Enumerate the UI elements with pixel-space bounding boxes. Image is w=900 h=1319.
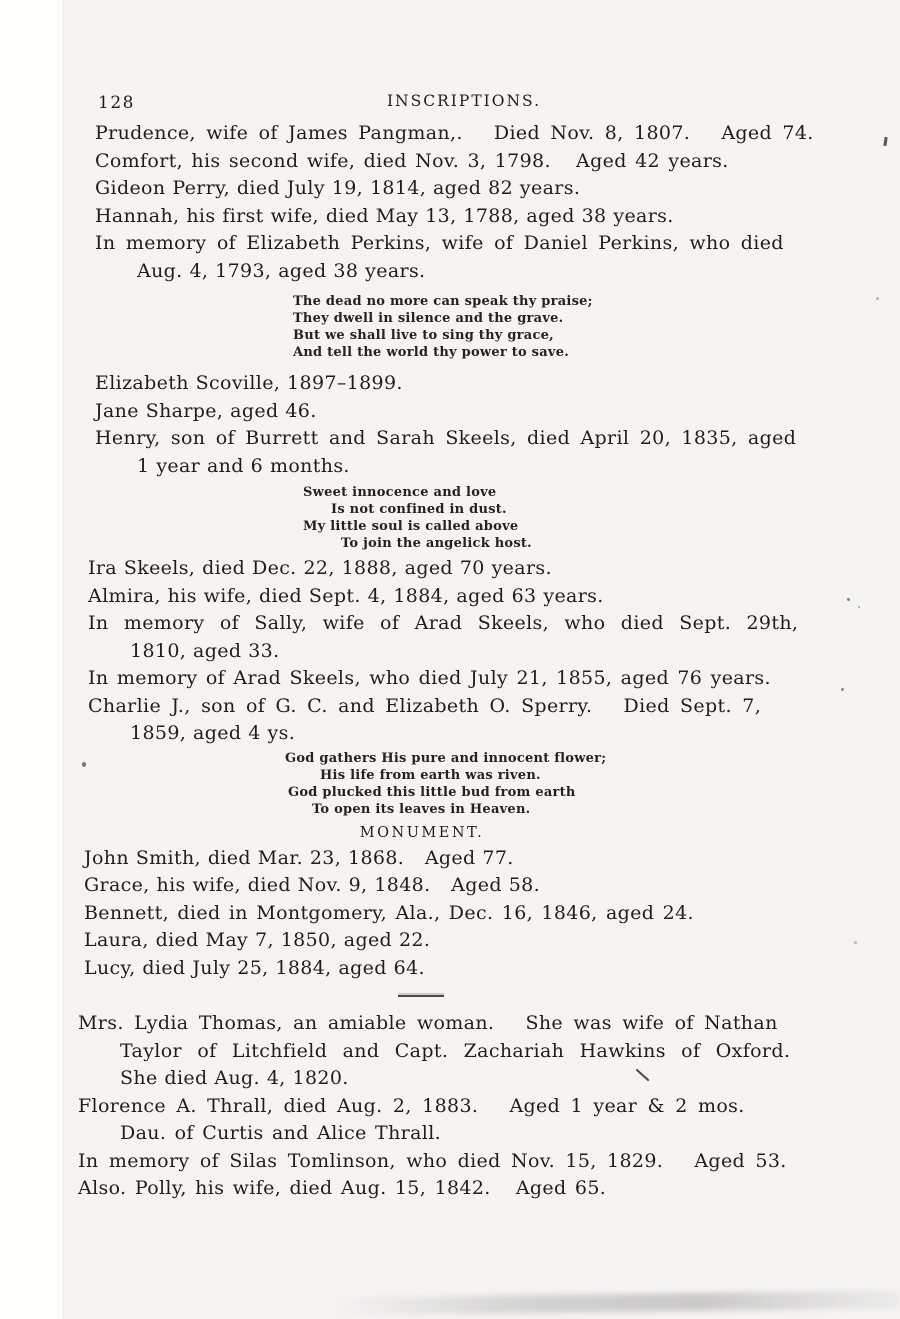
epitaph-verse: Sweet innocence and love Is not confined… xyxy=(303,484,900,552)
epitaph-verse-line: God plucked this little bud from earth xyxy=(285,784,900,801)
epitaph-verse-line: Is not confined in dust. xyxy=(303,501,900,518)
inscription-line: 1859, aged 4 ys. xyxy=(88,720,900,748)
inscription-line: 1810, aged 33. xyxy=(88,638,900,666)
book-page: 128 INSCRIPTIONS. Prudence, wife of Jame… xyxy=(0,0,900,1319)
inscription-line: Grace, his wife, died Nov. 9, 1848. Aged… xyxy=(84,872,900,900)
running-header: INSCRIPTIONS. xyxy=(14,92,900,110)
inscription-line: Taylor of Litchfield and Capt. Zachariah… xyxy=(78,1038,900,1066)
scan-speckle xyxy=(854,941,857,944)
inscription-line: Aug. 4, 1793, aged 38 years. xyxy=(95,258,900,286)
inscription-line: In memory of Silas Tomlinson, who died N… xyxy=(78,1148,900,1176)
epitaph-verse-line: To open its leaves in Heaven. xyxy=(285,801,900,818)
epitaph-verse: God gathers His pure and innocent flower… xyxy=(285,750,900,818)
inscription-line: Elizabeth Scoville, 1897–1899. xyxy=(95,370,900,398)
scan-speckle xyxy=(847,598,850,601)
page-header-row: 128 INSCRIPTIONS. xyxy=(0,92,900,118)
inscription-line: Mrs. Lydia Thomas, an amiable woman. She… xyxy=(78,1010,900,1038)
epitaph-verse-line: Sweet innocence and love xyxy=(303,484,900,501)
scan-speckle xyxy=(876,297,879,300)
epitaph-verse-line: But we shall live to sing thy grace, xyxy=(293,327,900,344)
inscription-line: She died Aug. 4, 1820. xyxy=(78,1065,900,1093)
monument-heading: MONUMENT. xyxy=(0,821,872,845)
scan-speckle xyxy=(841,688,844,691)
epitaph-verse-line: They dwell in silence and the grave. xyxy=(293,310,900,327)
inscription-line: Bennett, died in Montgomery, Ala., Dec. … xyxy=(84,900,900,928)
inscription-line: Lucy, died July 25, 1884, aged 64. xyxy=(84,955,900,983)
inscription-line: Also. Polly, his wife, died Aug. 15, 184… xyxy=(78,1175,900,1203)
inscription-line: John Smith, died Mar. 23, 1868. Aged 77. xyxy=(84,845,900,873)
epitaph-verse-line: His life from earth was riven. xyxy=(285,767,900,784)
inscription-line: Charlie J., son of G. C. and Elizabeth O… xyxy=(88,693,900,721)
inscription-line: Prudence, wife of James Pangman,. Died N… xyxy=(95,120,900,148)
inscription-line: Comfort, his second wife, died Nov. 3, 1… xyxy=(95,148,900,176)
inscription-line: Gideon Perry, died July 19, 1814, aged 8… xyxy=(95,175,900,203)
inscription-line: Ira Skeels, died Dec. 22, 1888, aged 70 … xyxy=(88,555,900,583)
epitaph-verse-line: God gathers His pure and innocent flower… xyxy=(285,750,900,767)
inscription-line: In memory of Arad Skeels, who died July … xyxy=(88,665,900,693)
epitaph-verse-line: To join the angelick host. xyxy=(303,535,900,552)
inscription-line: Laura, died May 7, 1850, aged 22. xyxy=(84,927,900,955)
inscription-line: In memory of Elizabeth Perkins, wife of … xyxy=(95,230,900,258)
inscription-line: 1 year and 6 months. xyxy=(95,453,900,481)
scan-smudge xyxy=(330,1291,900,1316)
inscription-line: In memory of Sally, wife of Arad Skeels,… xyxy=(88,610,900,638)
inscription-line: Hannah, his first wife, died May 13, 178… xyxy=(95,203,900,231)
section-divider xyxy=(398,995,444,997)
epitaph-verse-line: And tell the world thy power to save. xyxy=(293,344,900,361)
scan-speckle xyxy=(858,606,860,608)
scanned-book-page: { "colors": { "ink": "#201e1b", "paper":… xyxy=(0,0,900,1319)
page-body: Prudence, wife of James Pangman,. Died N… xyxy=(0,120,900,1203)
inscription-line: Florence A. Thrall, died Aug. 2, 1883. A… xyxy=(78,1093,900,1121)
inscription-line: Jane Sharpe, aged 46. xyxy=(95,398,900,426)
epitaph-verse-line: My little soul is called above xyxy=(303,518,900,535)
scan-speckle xyxy=(82,762,86,767)
inscription-line: Dau. of Curtis and Alice Thrall. xyxy=(78,1120,900,1148)
inscription-line: Almira, his wife, died Sept. 4, 1884, ag… xyxy=(88,583,900,611)
epitaph-verse: The dead no more can speak thy praise; T… xyxy=(293,293,900,361)
epitaph-verse-line: The dead no more can speak thy praise; xyxy=(293,293,900,310)
inscription-line: Henry, son of Burrett and Sarah Skeels, … xyxy=(95,425,900,453)
